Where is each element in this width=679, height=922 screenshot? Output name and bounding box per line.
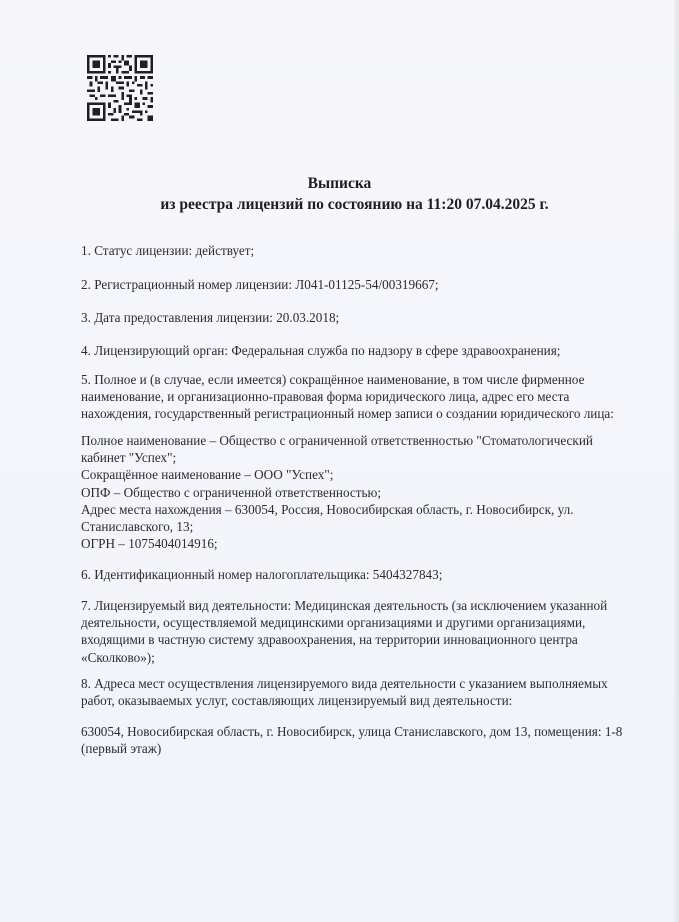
item-legal-entity-heading: 5. Полное и (в случае, если имеется) сок… bbox=[81, 371, 611, 423]
item-licensing-authority: 4. Лицензирующий орган: Федеральная служ… bbox=[81, 342, 611, 359]
qr-code-icon bbox=[87, 55, 153, 121]
item-licensed-activity: 7. Лицензируемый вид деятельности: Медиц… bbox=[81, 597, 611, 666]
short-name-line: Сокращённое наименование – ООО "Успех"; bbox=[81, 466, 611, 483]
address-line: Адрес места нахождения – 630054, Россия,… bbox=[81, 501, 611, 518]
legal-form-line: ОПФ – Общество с ограниченной ответствен… bbox=[81, 484, 611, 501]
text-line: 5. Полное и (в случае, если имеется) сок… bbox=[81, 371, 611, 388]
text-line: деятельности, осуществляемой медицинским… bbox=[81, 614, 611, 631]
document-subtitle: из реестра лицензий по состоянию на 11:2… bbox=[0, 194, 679, 215]
text-line: наименование, и организационно-правовая … bbox=[81, 388, 611, 405]
text-line: 630054, Новосибирская область, г. Новоси… bbox=[81, 723, 611, 740]
page-edge-shadow bbox=[674, 0, 679, 922]
document-heading: Выписка из реестра лицензий по состоянию… bbox=[0, 173, 679, 215]
address-line-cont: Станиславского, 13; bbox=[81, 518, 611, 535]
item-legal-entity-details: Полное наименование – Общество с огранич… bbox=[81, 432, 611, 552]
text-line: работ, оказываемых услуг, составляющих л… bbox=[81, 692, 611, 709]
document-page: Выписка из реестра лицензий по состоянию… bbox=[0, 0, 679, 922]
full-name-line-cont: кабинет "Успех"; bbox=[81, 449, 611, 466]
text-line: 7. Лицензируемый вид деятельности: Медиц… bbox=[81, 597, 611, 614]
item-activity-addresses: 8. Адреса мест осуществления лицензируем… bbox=[81, 675, 611, 709]
text-line: 8. Адреса мест осуществления лицензируем… bbox=[81, 675, 611, 692]
text-line: входящими в частную систему здравоохране… bbox=[81, 631, 611, 648]
ogrn-line: ОГРН – 1075404014916; bbox=[81, 535, 611, 552]
text-line: нахождения, государственный регистрацион… bbox=[81, 405, 611, 422]
item-inn: 6. Идентификационный номер налогоплатель… bbox=[81, 566, 611, 583]
item-registration-number: 2. Регистрационный номер лицензии: Л041-… bbox=[81, 276, 611, 293]
item-issue-date: 3. Дата предоставления лицензии: 20.03.2… bbox=[81, 309, 611, 326]
text-line: (первый этаж) bbox=[81, 740, 611, 757]
text-line: «Сколково»); bbox=[81, 649, 611, 666]
document-title: Выписка bbox=[0, 173, 679, 194]
full-name-line: Полное наименование – Общество с огранич… bbox=[81, 432, 611, 449]
item-license-status: 1. Статус лицензии: действует; bbox=[81, 242, 611, 259]
item-activity-address-value: 630054, Новосибирская область, г. Новоси… bbox=[81, 723, 611, 757]
